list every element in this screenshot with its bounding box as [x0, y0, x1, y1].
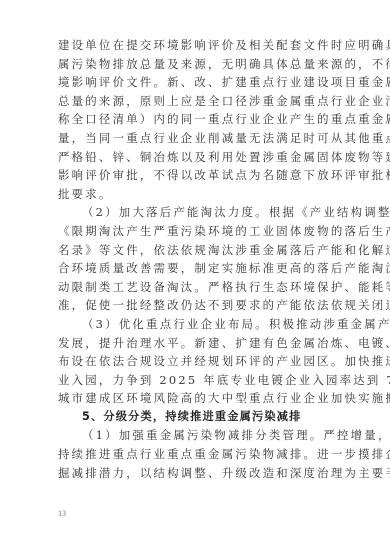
text-line: 动限制类工艺设备淘汰。严格执行生态环境保护、能耗等相关法规标 — [58, 278, 334, 297]
document-body: 建设单位在提交环境影响评价及相关配套文件时应明确具体的重金 属污染物排放总量及来… — [58, 36, 334, 482]
text-line: 发展，提升治理水平。新建、扩建有色金属冶炼、电镀、制革企业应 — [58, 334, 334, 353]
text-line: 批要求。 — [58, 185, 334, 204]
text-line: 影响评价审批，不得以改革试点为名随意下放环评审批权限或降低审 — [58, 166, 334, 185]
text-line: 量，当同一重点行业企业削减量无法满足时可从其他重点行业调剂。 — [58, 129, 334, 148]
paragraph-start-line: （2）加大落后产能淘汰力度。根据《产业结构调整指导目录》 — [58, 203, 334, 222]
text-line: 名录》等文件，依法依规淘汰涉重金属落后产能和化解过剩产能。结 — [58, 241, 334, 260]
text-line: 准，促使一批经整改仍达不到要求的产能依法依规关闭退出。 — [58, 296, 334, 315]
paragraph-start-line: （3）优化重点行业企业布局。积极推动涉重金属产业集中优化 — [58, 315, 334, 334]
text-line: 城市建成区环境风险高的大中型重点行业企业加快实施搬迁改造。 — [58, 389, 334, 408]
text-line: 合环境质量改善需要，制定实施标准更高的落后产能淘汰政策，并推 — [58, 259, 334, 278]
text-line: 业入园，力争到 2025 年底专业电镀企业入园率达到 75%。推动位于 — [58, 371, 334, 390]
text-line: 持续推进重点行业重点重金属污染物减排。进一步摸排企业状况，挖 — [58, 445, 334, 464]
text-line: 布设在依法合规设立并经规划环评的产业园区。加快推进专业电镀企 — [58, 352, 334, 371]
section-heading: 5、分级分类，持续推进重金属污染减排 — [58, 408, 334, 427]
text-line: 属污染物排放总量及来源，无明确具体总量来源的，不得批准相关环 — [58, 55, 334, 74]
text-line: 掘减排潜力，以结构调整、升级改造和深度治理为主要手段，将减排 — [58, 464, 334, 483]
text-line: 严格铅、锌、铜冶炼以及利用处置涉重金属固体废物等建设项目环境 — [58, 148, 334, 167]
text-line: 称全口径清单）内的同一重点行业企业产生的重点重金属污染物削减 — [58, 110, 334, 129]
text-line: 《限期淘汰产生严重污染环境的工业固体废物的落后生产工艺设备 — [58, 222, 334, 241]
text-line: 建设单位在提交环境影响评价及相关配套文件时应明确具体的重金 — [58, 36, 334, 55]
text-line: 境影响评价文件。新、改、扩建重点行业建设项目重金属污染物排放 — [58, 73, 334, 92]
paragraph-start-line: （1）加强重金属污染物减排分类管理。严控增量，削减存量， — [58, 426, 334, 445]
text-line: 总量的来源，原则上应是全口径涉重金属重点行业企业清单（以下简 — [58, 92, 334, 111]
page-number: 13 — [58, 509, 66, 518]
document-page: 建设单位在提交环境影响评价及相关配套文件时应明确具体的重金 属污染物排放总量及来… — [0, 0, 390, 551]
